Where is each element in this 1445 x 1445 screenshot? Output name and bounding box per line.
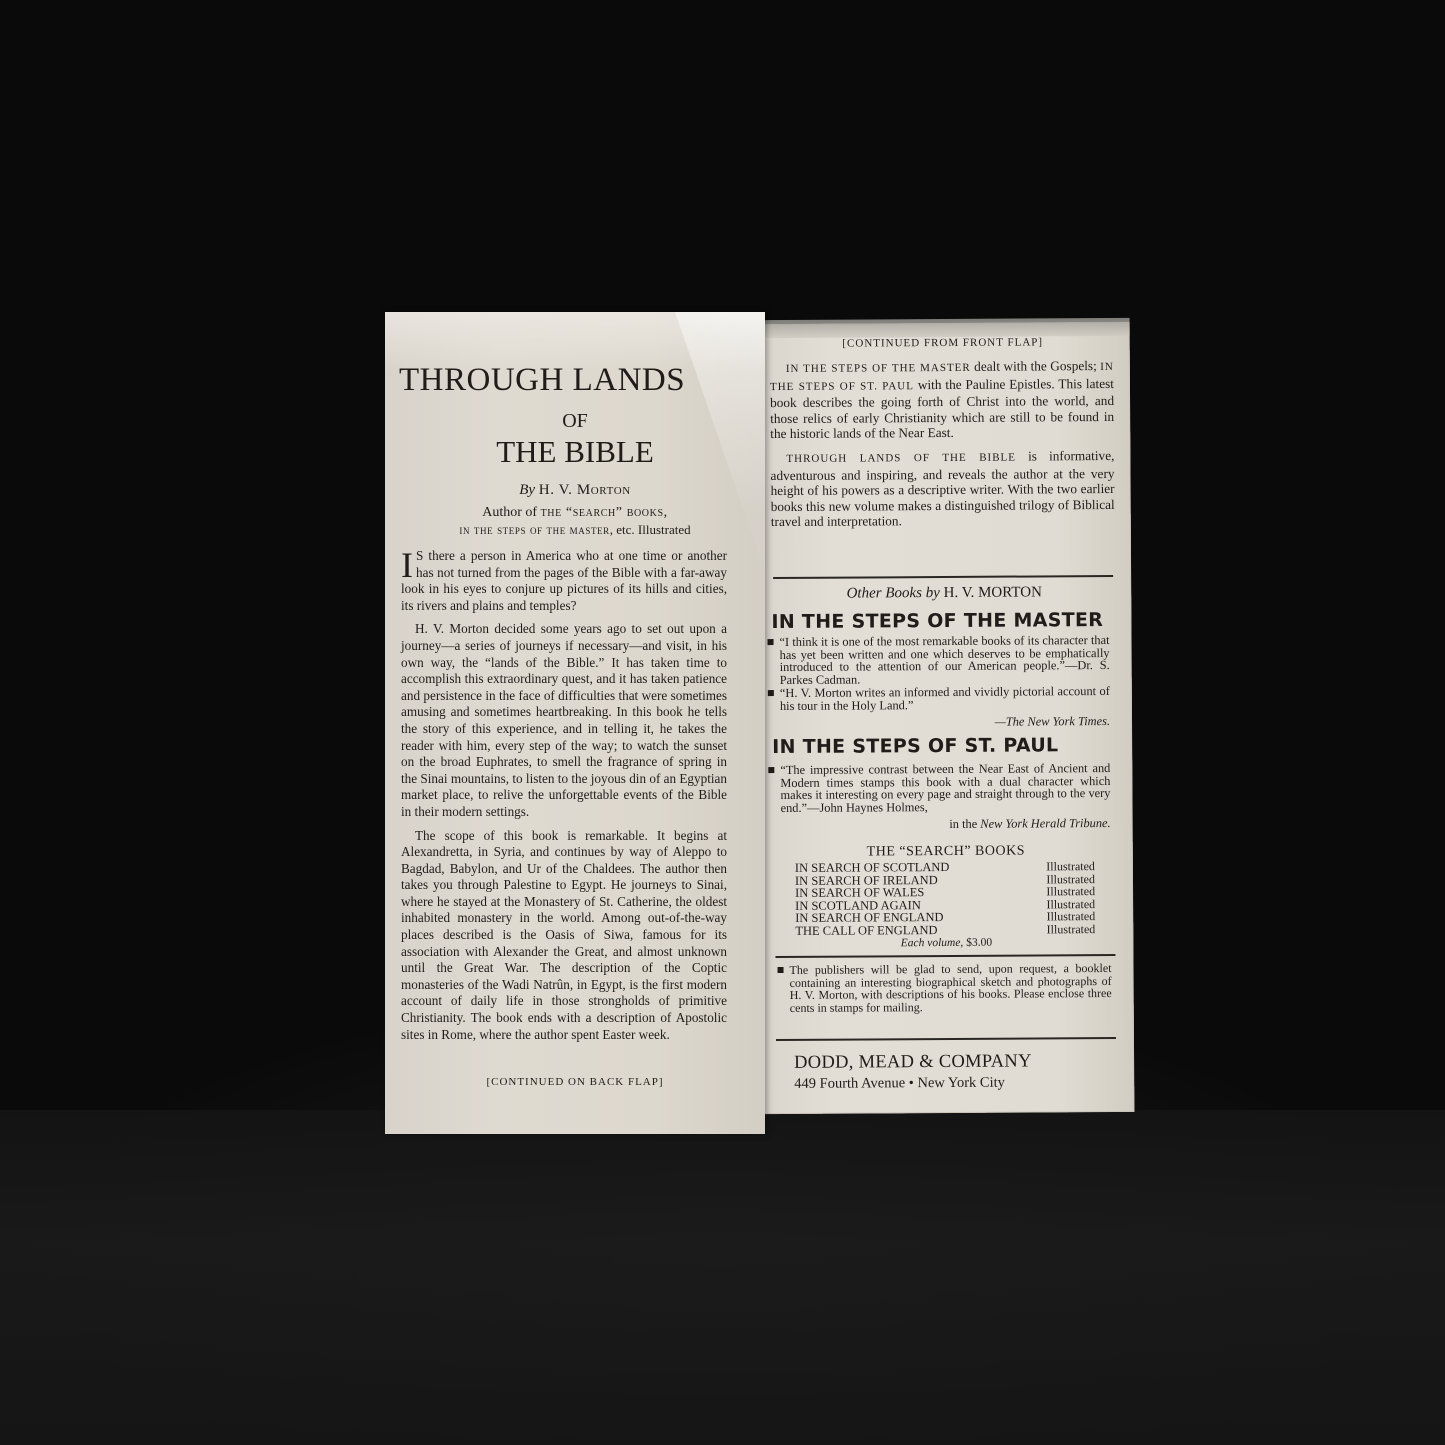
quote-holmes-source: in the New York Herald Tribune. <box>949 816 1110 832</box>
quote-nyt: “H. V. Morton writes an informed and viv… <box>780 685 1110 712</box>
dust-jacket-back-panel: [CONTINUED FROM FRONT FLAP] In the Steps… <box>756 322 1135 1114</box>
search-book-note: Illustrated <box>1047 910 1096 923</box>
author-of-line2: in the steps of the master, etc. Illustr… <box>385 522 765 538</box>
search-book-note: Illustrated <box>1046 860 1095 873</box>
continued-on-note: [CONTINUED ON BACK FLAP] <box>385 1076 765 1088</box>
other-books-heading: Other Books by H. V. MORTON <box>757 584 1131 603</box>
flap-paragraph: H. V. Morton decided some years ago to s… <box>401 621 727 820</box>
quote-cadman: “I think it is one of the most remarkabl… <box>779 634 1109 686</box>
divider-rule <box>776 1037 1116 1041</box>
search-book-note: Illustrated <box>1047 923 1096 936</box>
quote-holmes: “The impressive contrast between the Nea… <box>780 762 1110 814</box>
dust-jacket-front-flap: THROUGH LANDS OF THE BIBLE By H. V. Mort… <box>385 312 765 1134</box>
divider-rule <box>775 954 1115 958</box>
continued-from-note: [CONTINUED FROM FRONT FLAP] <box>756 336 1130 350</box>
table-surface <box>0 1110 1445 1445</box>
drop-cap: I <box>401 550 413 580</box>
author-of-line: Author of the “search” books, <box>385 505 765 521</box>
mylar-cover-edge <box>756 318 1130 338</box>
flap-body-text: IS there a person in America who at one … <box>401 548 727 1050</box>
publisher-name: DODD, MEAD & COMPANY <box>794 1051 1032 1073</box>
bullet-icon <box>768 767 774 773</box>
flap-paragraph: The scope of this book is remarkable. It… <box>401 828 727 1044</box>
search-books-list: IN SEARCH OF SCOTLANDIllustratedIN SEARC… <box>795 860 1095 937</box>
book-title-line1: THROUGH LANDS <box>399 362 759 399</box>
search-book-row: THE CALL OF ENGLANDIllustrated <box>795 923 1095 937</box>
quote-nyt-source: —The New York Times. <box>995 714 1110 730</box>
publisher-note: The publishers will be glad to send, upo… <box>789 962 1111 1014</box>
byline: By H. V. Morton <box>385 482 765 499</box>
bullet-icon <box>778 967 784 973</box>
book-title-steps-of-master: IN THE STEPS OF THE MASTER <box>771 609 1121 633</box>
book-title-line2: OF <box>385 410 765 433</box>
search-book-note: Illustrated <box>1046 885 1095 898</box>
book-title-line3: THE BIBLE <box>385 434 765 470</box>
price-note: Each volume, $3.00 <box>759 936 1133 950</box>
bullet-icon <box>768 690 774 696</box>
back-panel-text: In the Steps of the Master dealt with th… <box>770 358 1115 538</box>
book-title-steps-of-st-paul: IN THE STEPS OF ST. PAUL <box>772 734 1122 758</box>
divider-rule <box>773 575 1113 579</box>
publisher-address: 449 Fourth Avenue • New York City <box>794 1075 1005 1093</box>
search-book-title: THE CALL OF ENGLAND <box>795 924 937 937</box>
flap-paragraph: IS there a person in America who at one … <box>401 548 727 614</box>
bullet-icon <box>768 639 774 645</box>
